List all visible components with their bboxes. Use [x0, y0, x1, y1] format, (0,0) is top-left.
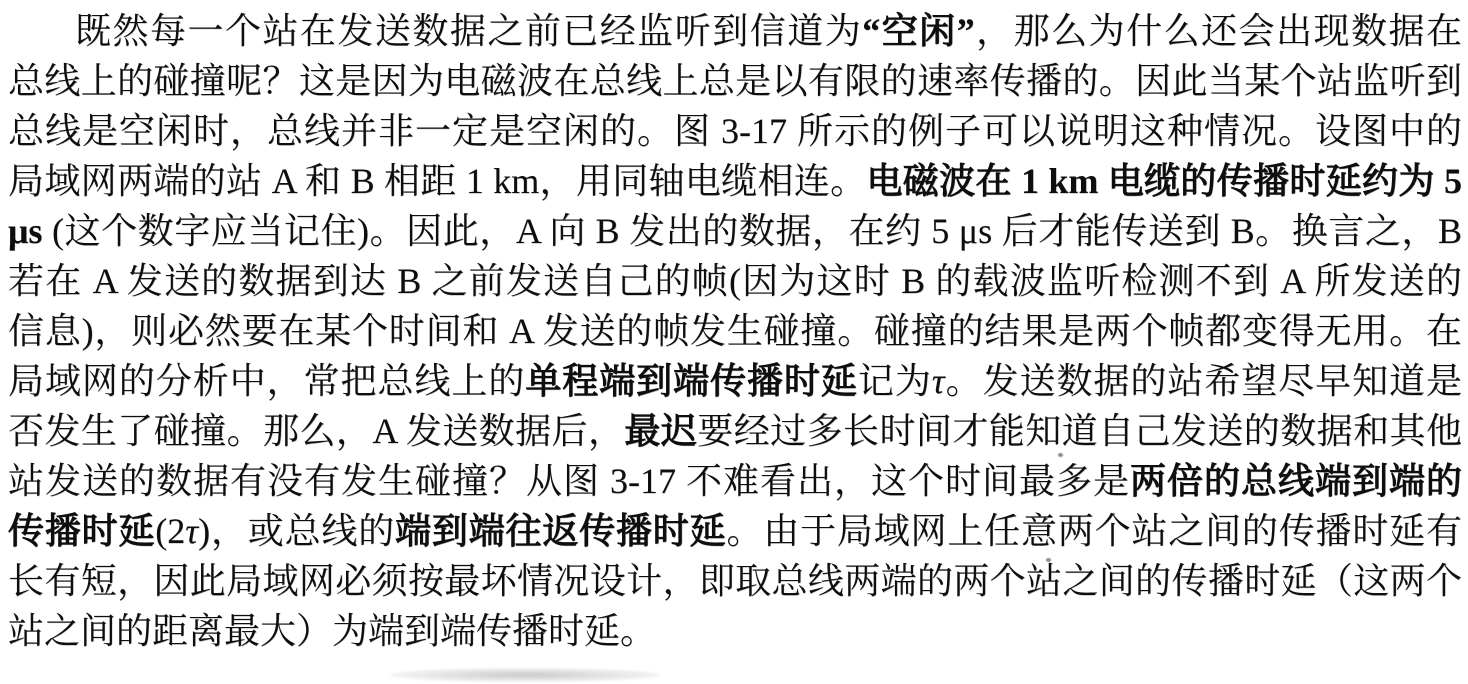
text-run: 局域网两端的站 A 和 B 相距 1 km，用同轴电缆相连。	[8, 161, 866, 201]
text-run-bold: 电磁波在 1 km 电缆的传播时延约为 5	[866, 161, 1462, 201]
text-run: 站之间的距离最大）为端到端传播时延。	[8, 611, 656, 651]
text-line: 总线上的碰撞呢？这是因为电磁波在总线上总是以有限的速率传播的。因此当某个站监听到	[8, 56, 1462, 106]
text-run: 局域网的分析中，常把总线上的	[8, 361, 525, 401]
text-run: 站发送的数据有没有发生碰撞？从图 3-17 不难看出，这个时间最多是	[8, 461, 1130, 501]
text-line: 若在 A 发送的数据到达 B 之前发送自己的帧(因为这时 B 的载波监听检测不到…	[8, 256, 1462, 306]
text-line: 既然每一个站在发送数据之前已经监听到信道为“空闲”，那么为什么还会出现数据在	[8, 6, 1462, 56]
text-line: 长有短，因此局域网必须按最坏情况设计，即取总线两端的两个站之间的传播时延（这两个	[8, 556, 1462, 606]
text-run: 信息)，则必然要在某个时间和 A 发送的帧发生碰撞。碰撞的结果是两个帧都变得无用…	[8, 311, 1462, 351]
text-line: 否发生了碰撞。那么，A 发送数据后，最迟要经过多长时间才能知道自己发送的数据和其…	[8, 406, 1462, 456]
text-run: )，或总线的	[198, 511, 395, 551]
text-run: 总线是空闲时，总线并非一定是空闲的。图 3-17 所示的例子可以说明这种情况。设…	[8, 111, 1462, 151]
text-run: 记为	[858, 361, 932, 401]
text-run: 总线上的碰撞呢？这是因为电磁波在总线上总是以有限的速率传播的。因此当某个站监听到	[8, 61, 1462, 101]
page: 既然每一个站在发送数据之前已经监听到信道为“空闲”，那么为什么还会出现数据在总线…	[0, 0, 1468, 684]
text-run-bold: 两倍的总线端到端的	[1130, 461, 1462, 501]
text-line: 站之间的距离最大）为端到端传播时延。	[8, 606, 1462, 656]
text-run: 若在 A 发送的数据到达 B 之前发送自己的帧(因为这时 B 的载波监听检测不到…	[8, 261, 1462, 301]
text-line: 局域网两端的站 A 和 B 相距 1 km，用同轴电缆相连。电磁波在 1 km …	[8, 156, 1462, 206]
text-run-italic: τ	[185, 511, 198, 551]
text-run-bold: 传播时延	[8, 511, 155, 551]
scan-speck	[1046, 558, 1051, 562]
text-run: 否发生了碰撞。那么，A 发送数据后，	[8, 411, 624, 451]
text-run: 长有短，因此局域网必须按最坏情况设计，即取总线两端的两个站之间的传播时延（这两个	[8, 561, 1462, 601]
text-run: 既然每一个站在发送数据之前已经监听到信道为	[75, 11, 862, 51]
text-run: 。发送数据的站希望尽早知道是	[945, 361, 1462, 401]
scan-speck	[1058, 453, 1063, 457]
text-run: 。由于局域网上任意两个站之间的传播时延有	[726, 511, 1462, 551]
text-run: (2	[155, 511, 185, 551]
text-line: 总线是空闲时，总线并非一定是空闲的。图 3-17 所示的例子可以说明这种情况。设…	[8, 106, 1462, 156]
paragraph: 既然每一个站在发送数据之前已经监听到信道为“空闲”，那么为什么还会出现数据在总线…	[8, 6, 1462, 656]
text-run: ，那么为什么还会出现数据在	[975, 11, 1462, 51]
text-run: 要经过多长时间才能知道自己发送的数据和其他	[697, 411, 1462, 451]
text-run-bold: 端到端往返传播时延	[395, 511, 726, 551]
text-run-bold: μs	[8, 211, 42, 251]
text-run-bold: “空闲”	[862, 11, 974, 51]
text-line: 站发送的数据有没有发生碰撞？从图 3-17 不难看出，这个时间最多是两倍的总线端…	[8, 456, 1462, 506]
text-line: μs (这个数字应当记住)。因此，A 向 B 发出的数据，在约 5 μs 后才能…	[8, 206, 1462, 256]
text-line: 信息)，则必然要在某个时间和 A 发送的帧发生碰撞。碰撞的结果是两个帧都变得无用…	[8, 306, 1462, 356]
text-run: (这个数字应当记住)。因此，A 向 B 发出的数据，在约 5 μs 后才能传送到…	[42, 211, 1462, 251]
text-run-italic: τ	[932, 361, 945, 401]
scan-smudge	[390, 668, 660, 682]
text-run-bold: 最迟	[624, 411, 697, 451]
text-run-bold: 单程端到端传播时延	[525, 361, 858, 401]
text-line: 局域网的分析中，常把总线上的单程端到端传播时延记为τ。发送数据的站希望尽早知道是	[8, 356, 1462, 406]
text-line: 传播时延(2τ)，或总线的端到端往返传播时延。由于局域网上任意两个站之间的传播时…	[8, 506, 1462, 556]
